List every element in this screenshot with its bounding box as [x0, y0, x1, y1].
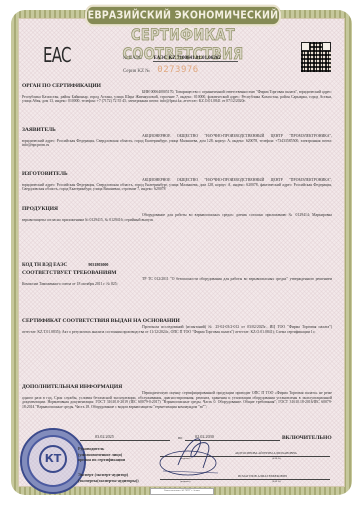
section-text: Оборудование для работы во взрывоопасных… [22, 213, 332, 222]
section-certification-body: ОРГАН ПО СЕРТИФИКАЦИИ БИН 000640005170, … [22, 83, 332, 104]
signature-icon [158, 433, 238, 483]
section-applicant: ЗАЯВИТЕЛЬ АКЦИОНЕРНОЕ ОБЩЕСТВО "НАУЧНО-П… [22, 127, 332, 148]
section-heading: ПРОДУКЦИЯ [22, 206, 332, 213]
series-number: 0273976 [157, 65, 198, 75]
section-heading: ЗАЯВИТЕЛЬ [22, 127, 332, 134]
valid-from-date: 03.02.2025 [95, 434, 114, 439]
qr-code-icon[interactable] [301, 42, 331, 72]
section-product: ПРОДУКЦИЯ Оборудование для работы во взр… [22, 206, 332, 222]
section-text: ТР ТС 012/2011 "О безопасности оборудова… [22, 277, 332, 286]
section-text: АКЦИОНЕРНОЕ ОБЩЕСТВО "НАУЧНО-ПРОИЗВОДСТВ… [22, 178, 332, 192]
head-label-line: органа по сертификации [78, 457, 125, 463]
head-label: Руководитель (уполномоченное лицо) орган… [78, 446, 125, 463]
fio-caption: (Ф.И.О.) [272, 457, 281, 460]
inclusive-label: ВКЛЮЧИТЕЛЬНО [282, 435, 332, 441]
certification-seal: КТ [20, 428, 86, 494]
expert-label: Эксперт (эксперт-аудитор) (эксперты(эксп… [78, 472, 139, 483]
section-additional-info: ДОПОЛНИТЕЛЬНАЯ ИНФОРМАЦИЯ Периодическую … [22, 384, 332, 409]
cert-number-value: ЕАЭС KZ 7100841.01.01.06262 [153, 56, 238, 62]
section-heading: ИЗГОТОВИТЕЛЬ [22, 171, 332, 178]
seal-logo-icon: КТ [39, 445, 67, 473]
section-text: БИН 000640005170, Товарищество с огранич… [22, 90, 332, 104]
cert-number-label: № ЕАЭС [123, 56, 142, 61]
hs-code-label: КОД ТН ВЭД ЕАЭС [22, 263, 67, 268]
section-heading: СЕРТИФИКАТ СООТВЕТСТВИЯ ВЫДАН НА ОСНОВАН… [22, 318, 332, 325]
expert-name: ИСМАГУЛОВ АЛМАЗ ЕРЖЕКОВИЧ [238, 474, 287, 478]
section-text: Протокола исследований (испытаний) № 25-… [22, 325, 332, 334]
section-heading: ДОПОЛНИТЕЛЬНАЯ ИНФОРМАЦИЯ [22, 384, 332, 391]
section-requirements: СООТВЕТСТВУЕТ ТРЕБОВАНИЯМ ТР ТС 012/2011… [22, 270, 332, 286]
hs-code-row: КОД ТН ВЭД ЕАЭС 9031803000 [22, 262, 108, 268]
cert-number-row: № ЕАЭС ЕАЭС KZ 7100841.01.01.06262 [123, 56, 238, 62]
section-heading: СООТВЕТСТВУЕТ ТРЕБОВАНИЯМ [22, 270, 332, 277]
section-text: АКЦИОНЕРНОЕ ОБЩЕСТВО "НАУЧНО-ПРОИЗВОДСТВ… [22, 134, 332, 148]
eac-mark-icon: EAC [43, 43, 71, 67]
printer-label: Бланк изготовлен АО "КГП" г. Астана [150, 488, 214, 495]
section-text: Периодическую оценку сертифицированной п… [22, 391, 332, 409]
head-name: АБДУОСИНОВА АЙГЕРИМ АДИЛХАНОВНА [235, 451, 297, 455]
divider [80, 440, 170, 441]
section-basis: СЕРТИФИКАТ СООТВЕТСТВИЯ ВЫДАН НА ОСНОВАН… [22, 318, 332, 334]
section-manufacturer: ИЗГОТОВИТЕЛЬ АКЦИОНЕРНОЕ ОБЩЕСТВО "НАУЧН… [22, 171, 332, 192]
expert-label-line: (эксперты(эксперты-аудиторы)) [78, 478, 139, 484]
section-heading: ОРГАН ПО СЕРТИФИКАЦИИ [22, 83, 332, 90]
hs-code-value: 9031803000 [88, 262, 108, 267]
union-banner: ЕВРАЗИЙСКИЙ ЭКОНОМИЧЕСКИЙ СОЮЗ [85, 5, 281, 27]
fio-caption: (Ф.И.О.) [272, 480, 281, 483]
series-row: Серия KZ № 0273976 [123, 65, 199, 75]
series-label: Серия KZ № [123, 69, 150, 74]
